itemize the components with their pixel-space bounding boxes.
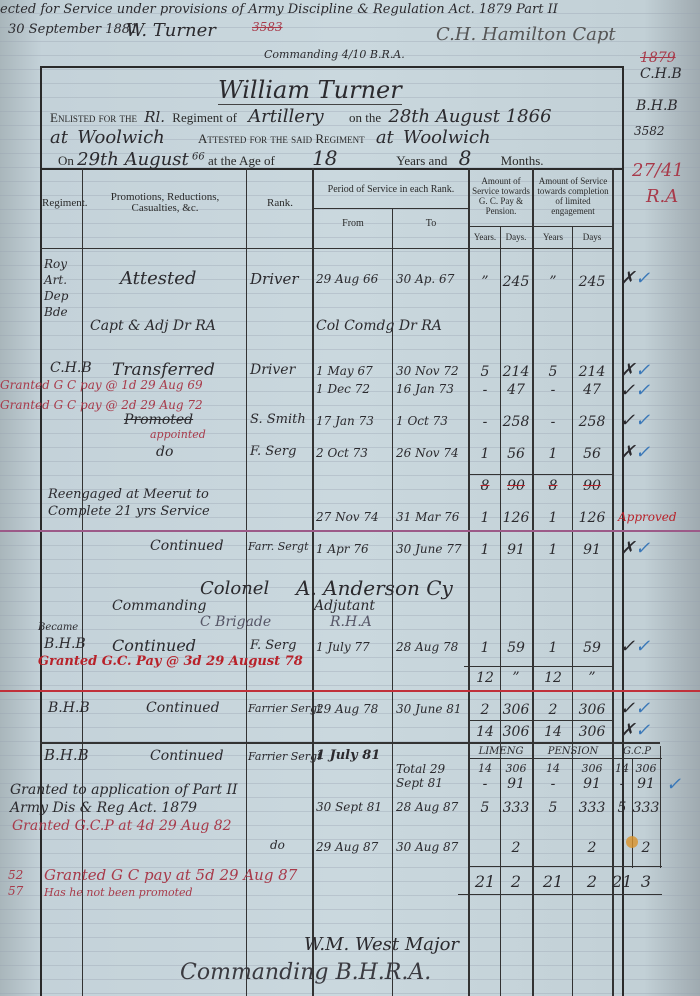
final-cell: 91 xyxy=(500,776,532,792)
row-gc-days: 306 xyxy=(500,702,532,718)
not-promoted-note: Has he not been promoted xyxy=(44,886,193,899)
check-mark-icon: ✓✓ xyxy=(620,698,650,719)
row-to: 26 Nov 74 xyxy=(396,446,459,460)
gc-pay-note-5: Granted G C pay at 5d 29 Aug 87 xyxy=(44,866,297,884)
final-cell: 306 xyxy=(572,762,612,775)
age-line: On 29th August 66 at the Age of 18 Years… xyxy=(58,146,544,170)
commanding-signature: Col Comdg Dr RA xyxy=(316,318,442,334)
row-to: Total 29 Sept 81 xyxy=(396,762,466,790)
final-period-2-from: 29 Aug 87 xyxy=(316,840,378,854)
regiment-prefix: Rl. xyxy=(144,108,165,126)
amount-subheader-line xyxy=(468,226,612,227)
service-act-date: 30 September 1881 xyxy=(8,22,138,37)
gc-pay-note-1: Granted G C pay @ 1d 29 Aug 69 xyxy=(0,378,203,392)
row-to: 28 Aug 78 xyxy=(396,640,458,654)
final-signature-role: Commanding B.H.R.A. xyxy=(180,960,431,985)
commanding-label: Commanding xyxy=(112,598,206,614)
subtotal-gc-days: ” xyxy=(500,670,532,686)
brigade-label: C Brigade xyxy=(200,614,271,630)
enlisted-at-label: at xyxy=(50,127,68,148)
row-regiment: B.H.B xyxy=(48,700,90,716)
row-gc-days: 59 xyxy=(500,640,532,656)
on-label: On xyxy=(58,153,74,168)
margin-note-ra: R.A xyxy=(646,186,678,207)
final-header-pension: PENSION xyxy=(534,746,612,757)
gc-pay-note-4: Granted G.C.P at 4d 29 Aug 82 xyxy=(12,818,232,834)
col-divider xyxy=(660,746,661,868)
appointed-note: appointed xyxy=(150,428,206,441)
soldier-signature: W. Turner xyxy=(126,20,216,41)
became-note: Became xyxy=(38,622,78,633)
row-event: do xyxy=(156,444,173,460)
subtotal-gc-years: 14 xyxy=(470,724,500,740)
col-header-gc-years: Years. xyxy=(470,232,500,243)
row-to: 31 Mar 76 xyxy=(396,510,459,524)
row-lim-years: 1 xyxy=(534,510,572,526)
gc-pay-note-2: Granted G C pay @ 2d 29 Aug 72 xyxy=(0,398,203,412)
final-signature: W.M. West Major xyxy=(304,934,459,955)
col-header-regiment: Regiment. xyxy=(42,198,82,209)
stain-mark xyxy=(626,836,638,848)
adjutant-signature: Capt & Adj Dr RA xyxy=(90,318,216,334)
row-gc-days: 91 xyxy=(500,542,532,558)
row-lim-days: 59 xyxy=(572,640,612,656)
final-period-1-to: 28 Aug 87 xyxy=(396,800,458,814)
regiment-value: Artillery xyxy=(248,106,324,127)
row-to: 30 Nov 72 xyxy=(396,364,459,378)
total-cell: 21 xyxy=(470,872,500,891)
row-event: Continued xyxy=(146,700,220,716)
row-regiment: C.H.B xyxy=(50,360,92,376)
total-cell: 3 xyxy=(632,872,660,891)
totals-line xyxy=(468,866,662,867)
row-lim-years: 5 xyxy=(534,364,572,380)
row-event: Reengaged at Meerut to Complete 21 yrs S… xyxy=(48,486,268,520)
final-header-limeng: LIMENG xyxy=(470,746,532,757)
table-header-bottom xyxy=(40,248,612,249)
row-lim-days: 126 xyxy=(572,510,612,526)
row-from: 2 Oct 73 xyxy=(316,446,368,460)
part2-note-line1: Granted to application of Part II xyxy=(10,782,238,798)
adjutant-label: Adjutant xyxy=(314,598,375,614)
final-period-1-from: 30 Sept 81 xyxy=(316,800,382,814)
check-mark-icon: ✗✓ xyxy=(620,538,650,559)
enlisted-label: Enlisted for the xyxy=(50,110,137,125)
header-divider xyxy=(40,168,622,170)
attested-line: at Woolwich Attested for the said Regime… xyxy=(50,127,491,148)
row-rank: S. Smith xyxy=(250,412,306,427)
check-mark-icon: ✗✓ xyxy=(620,720,650,741)
row-gc-years: - xyxy=(470,414,500,430)
final-cell: 306 xyxy=(632,762,660,775)
final-cell: 91 xyxy=(632,776,660,792)
row-rank: Farrier Sergt xyxy=(248,702,322,715)
col-header-to: To xyxy=(394,218,468,229)
row-lim-days: 306 xyxy=(572,702,612,718)
row-lim-days: 91 xyxy=(572,542,612,558)
subtotal-lim-days: 306 xyxy=(572,724,612,740)
total-cell: 21 xyxy=(534,872,572,891)
row-rank: Farr. Sergt xyxy=(248,540,309,553)
subtotal-line xyxy=(464,666,612,667)
margin-number-52: 52 xyxy=(8,868,23,882)
row-from: 29 Aug 78 xyxy=(316,702,378,716)
row-gc-years: 5 xyxy=(470,364,500,380)
row-from: 27 Nov 74 xyxy=(316,510,379,524)
row-from: 1 May 67 xyxy=(316,364,373,378)
subtotal-gc-years: 8 xyxy=(470,478,500,494)
part2-note-line2: Army Dis & Reg Act. 1879 xyxy=(10,800,197,816)
check-mark-icon: ✗✓ xyxy=(620,268,650,289)
final-period-2-to: 30 Aug 87 xyxy=(396,840,458,854)
row-gc-days: 214 xyxy=(500,364,532,380)
attested-at-label: at xyxy=(376,127,394,148)
row-gc-years: 1 xyxy=(470,542,500,558)
final-cell: 2 xyxy=(500,840,532,856)
colonel-label: Colonel xyxy=(200,578,269,599)
row-lim-days: 245 xyxy=(572,274,612,290)
row-gc-days: 258 xyxy=(500,414,532,430)
row-event: Continued xyxy=(112,636,196,655)
row-rank: F. Serg xyxy=(250,444,296,459)
row-gc-days: 245 xyxy=(500,274,532,290)
on-the-label: on the xyxy=(349,110,381,125)
final-cell: 2 xyxy=(572,840,612,856)
attested-date: 29th August xyxy=(77,149,189,170)
row-regiment: B.H.B xyxy=(44,746,89,764)
check-mark-icon: ✓✓ xyxy=(620,410,650,431)
subtotal-lim-days: ” xyxy=(572,670,612,686)
final-cell: 333 xyxy=(572,800,612,816)
row-lim-years: ” xyxy=(534,274,572,290)
total-cell: 2 xyxy=(572,872,612,891)
col-header-rank: Rank. xyxy=(248,198,312,209)
row-lim-days: 214 xyxy=(572,364,612,380)
row-to: 30 June 77 xyxy=(396,542,462,556)
totals-bottom-line xyxy=(458,894,662,895)
row-lim-years: 2 xyxy=(534,702,572,718)
row-lim-days: 47 xyxy=(572,382,612,398)
final-cell: 91 xyxy=(572,776,612,792)
row-lim-years: 1 xyxy=(534,640,572,656)
final-cell: 333 xyxy=(500,800,532,816)
attested-label: Attested for the said Regiment xyxy=(198,131,365,146)
row-gc-years: 1 xyxy=(470,640,500,656)
age-label: at the Age of xyxy=(208,153,275,168)
row-from: 17 Jan 73 xyxy=(316,414,374,428)
row-to: 30 June 81 xyxy=(396,702,462,716)
row-event: Attested xyxy=(120,268,196,289)
enlisted-place: Woolwich xyxy=(77,127,165,148)
row-event: Continued xyxy=(150,748,224,764)
approved-note: Approved xyxy=(618,510,677,524)
gc-pay-note-3: Granted G.C. Pay @ 3d 29 August 78 xyxy=(38,654,303,669)
row-from: 1 July 77 xyxy=(316,640,370,654)
col-header-lim-years: Years xyxy=(534,232,572,243)
row-lim-days: 258 xyxy=(572,414,612,430)
row-gc-days: 56 xyxy=(500,446,532,462)
final-cell: 14 xyxy=(470,762,500,775)
attested-year: 66 xyxy=(192,152,205,163)
subtotal-gc-days: 90 xyxy=(500,478,532,494)
row-gc-days: 126 xyxy=(500,510,532,526)
section-divider xyxy=(40,742,660,744)
final-cell: 5 xyxy=(470,800,500,816)
row-rank: Farrier Sergt xyxy=(248,750,322,763)
final-cell: - xyxy=(470,776,500,792)
check-mark-icon: ✓ xyxy=(666,774,681,795)
row-event: Continued xyxy=(150,538,224,554)
margin-note-year: 1879 xyxy=(640,50,676,66)
row-rank: F. Serg xyxy=(250,638,296,653)
total-cell: 21 xyxy=(612,872,632,891)
period-subheader-line xyxy=(312,208,468,209)
row-regiment: Roy Art. Dep Bde xyxy=(44,256,84,320)
row-from: 1 July 81 xyxy=(316,748,380,763)
row-gc-years: ” xyxy=(470,274,500,290)
col-header-from: From xyxy=(314,218,392,229)
row-from: 1 Apr 76 xyxy=(316,542,369,556)
soldier-name: William Turner xyxy=(218,76,402,105)
margin-note-bhb: B.H.B xyxy=(636,98,678,114)
officer-role: Commanding 4/10 B.R.A. xyxy=(264,48,405,61)
row-from: 29 Aug 66 xyxy=(316,272,378,286)
row-rank: Driver xyxy=(250,270,299,288)
row-lim-years: 1 xyxy=(534,542,572,558)
enlisted-date: 28th August 1866 xyxy=(388,106,551,127)
regiment-of-label: Regiment of xyxy=(172,110,237,125)
service-act-note: ected for Service under provisions of Ar… xyxy=(0,2,558,17)
struck-number: 3583 xyxy=(252,20,283,34)
subtotal-lim-years: 8 xyxy=(534,478,572,494)
row-to: 30 Ap. 67 xyxy=(396,272,454,286)
row-gc-years: 1 xyxy=(470,510,500,526)
document-page: ected for Service under provisions of Ar… xyxy=(0,0,700,996)
final-cell: 306 xyxy=(500,762,532,775)
final-header-gcp: G.C.P xyxy=(614,746,660,757)
age-months: 8 xyxy=(459,146,472,170)
col-header-gc-days: Days. xyxy=(500,232,532,243)
row-gc-days: 47 xyxy=(500,382,532,398)
subtotal-line xyxy=(468,720,612,721)
final-period-2-label: do xyxy=(270,838,285,852)
row-lim-years: - xyxy=(534,414,572,430)
officer-signature: C.H. Hamilton Capt xyxy=(436,24,616,45)
col-header-promotions: Promotions, Reductions, Casualties, &c. xyxy=(86,192,244,214)
check-mark-icon: ✗✓ xyxy=(620,442,650,463)
final-cell: 5 xyxy=(534,800,572,816)
row-event: Promoted xyxy=(124,412,193,428)
row-from: 1 Dec 72 xyxy=(316,382,370,396)
section-divider xyxy=(0,530,700,532)
row-to: 16 Jan 73 xyxy=(396,382,454,396)
subtotal-gc-days: 306 xyxy=(500,724,532,740)
col-header-period: Period of Service in each Rank. xyxy=(314,184,468,195)
years-and-label: Years and xyxy=(396,153,447,168)
final-cell: 14 xyxy=(534,762,572,775)
check-mark-icon: ✓✓ xyxy=(620,380,650,401)
col-header-lim-days: Days xyxy=(572,232,612,243)
margin-note-number: 3582 xyxy=(634,124,665,138)
final-cell: 5 xyxy=(612,800,632,816)
subtotal-lim-years: 14 xyxy=(534,724,572,740)
attested-place: Woolwich xyxy=(403,127,491,148)
row-rank: Driver xyxy=(250,362,295,378)
total-cell: 2 xyxy=(500,872,532,891)
rha-label: R.H.A xyxy=(330,614,372,630)
red-divider xyxy=(0,690,700,692)
row-to: 1 Oct 73 xyxy=(396,414,448,428)
margin-note-fraction: 27/41 xyxy=(632,160,684,181)
row-regiment: B.H.B xyxy=(44,636,86,652)
col-header-limited: Amount of Service towards completion of … xyxy=(534,176,612,216)
row-lim-years: 1 xyxy=(534,446,572,462)
col-header-gc-pay: Amount of Service towards G. C. Pay & Pe… xyxy=(470,176,532,216)
final-cell: - xyxy=(534,776,572,792)
check-mark-icon: ✓✓ xyxy=(620,636,650,657)
row-lim-days: 56 xyxy=(572,446,612,462)
final-cell: - xyxy=(612,776,632,792)
anderson-signature: A. Anderson Cy xyxy=(296,576,453,600)
subtotal-line xyxy=(468,474,612,475)
margin-note-chb: C.H.B xyxy=(640,66,682,82)
subtotal-lim-days: 90 xyxy=(572,478,612,494)
row-event: Transferred xyxy=(112,360,215,380)
enlisted-line: Enlisted for the Rl. Regiment of Artille… xyxy=(50,106,552,127)
final-cell: 14 xyxy=(612,762,632,775)
row-gc-years: - xyxy=(470,382,500,398)
subtotal-lim-years: 12 xyxy=(534,670,572,686)
age-years: 18 xyxy=(312,146,337,170)
months-label: Months. xyxy=(501,153,544,168)
row-gc-years: 2 xyxy=(470,702,500,718)
row-lim-years: - xyxy=(534,382,572,398)
row-gc-years: 1 xyxy=(470,446,500,462)
final-cell: 333 xyxy=(632,800,660,816)
subtotal-gc-years: 12 xyxy=(470,670,500,686)
margin-number-57: 57 xyxy=(8,884,23,898)
check-mark-icon: ✗✓ xyxy=(620,360,650,381)
